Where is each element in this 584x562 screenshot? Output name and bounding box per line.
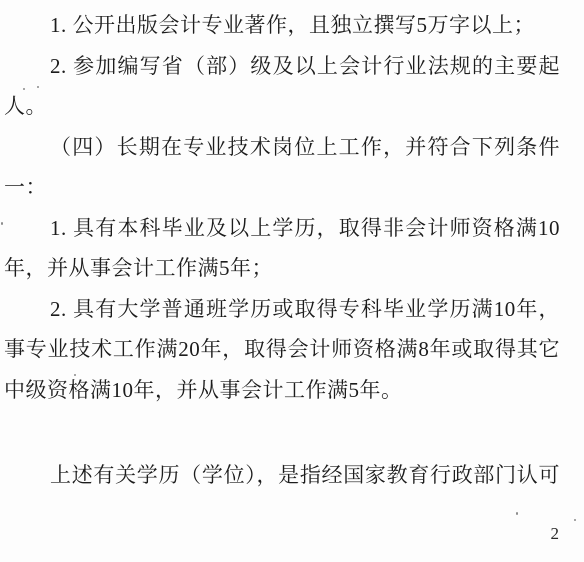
paragraph-line: 1. 具有本科毕业及以上学历，取得非会计师资格满10 <box>4 208 560 249</box>
scan-speck <box>74 374 76 376</box>
scan-speck <box>574 519 576 521</box>
paragraph-line: 人。 <box>4 86 560 127</box>
paragraph-line: 上述有关学历（学位），是指经国家教育行政部门认可 <box>4 455 560 496</box>
paragraph-gap <box>4 410 560 455</box>
paragraph-line: 2. 具有大学普通班学历或取得专科毕业学历满10年，从 <box>4 289 560 330</box>
paragraph-line: 一： <box>4 167 560 208</box>
paragraph-line: 2. 参加编写省（部）级及以上会计行业法规的主要起草 <box>4 46 560 87</box>
paragraph-line: 事专业技术工作满20年，取得会计师资格满8年或取得其它 <box>4 329 560 370</box>
paragraph-line: 1. 公开出版会计专业著作，且独立撰写5万字以上； <box>4 5 560 46</box>
page-number: 2 <box>551 524 560 544</box>
scan-speck <box>23 88 25 90</box>
scan-speck <box>516 512 518 515</box>
scan-speck <box>37 86 39 88</box>
document-page: 1. 公开出版会计专业著作，且独立撰写5万字以上； 2. 参加编写省（部）级及以… <box>0 0 584 562</box>
scan-speck <box>1 222 3 225</box>
paragraph-line: 中级资格满10年，并从事会计工作满5年。 <box>4 370 560 411</box>
document-body: 1. 公开出版会计专业著作，且独立撰写5万字以上； 2. 参加编写省（部）级及以… <box>4 5 560 496</box>
paragraph-line: 年，并从事会计工作满5年； <box>4 248 560 289</box>
paragraph-line: （四）长期在专业技术岗位上工作，并符合下列条件之 <box>4 127 560 168</box>
